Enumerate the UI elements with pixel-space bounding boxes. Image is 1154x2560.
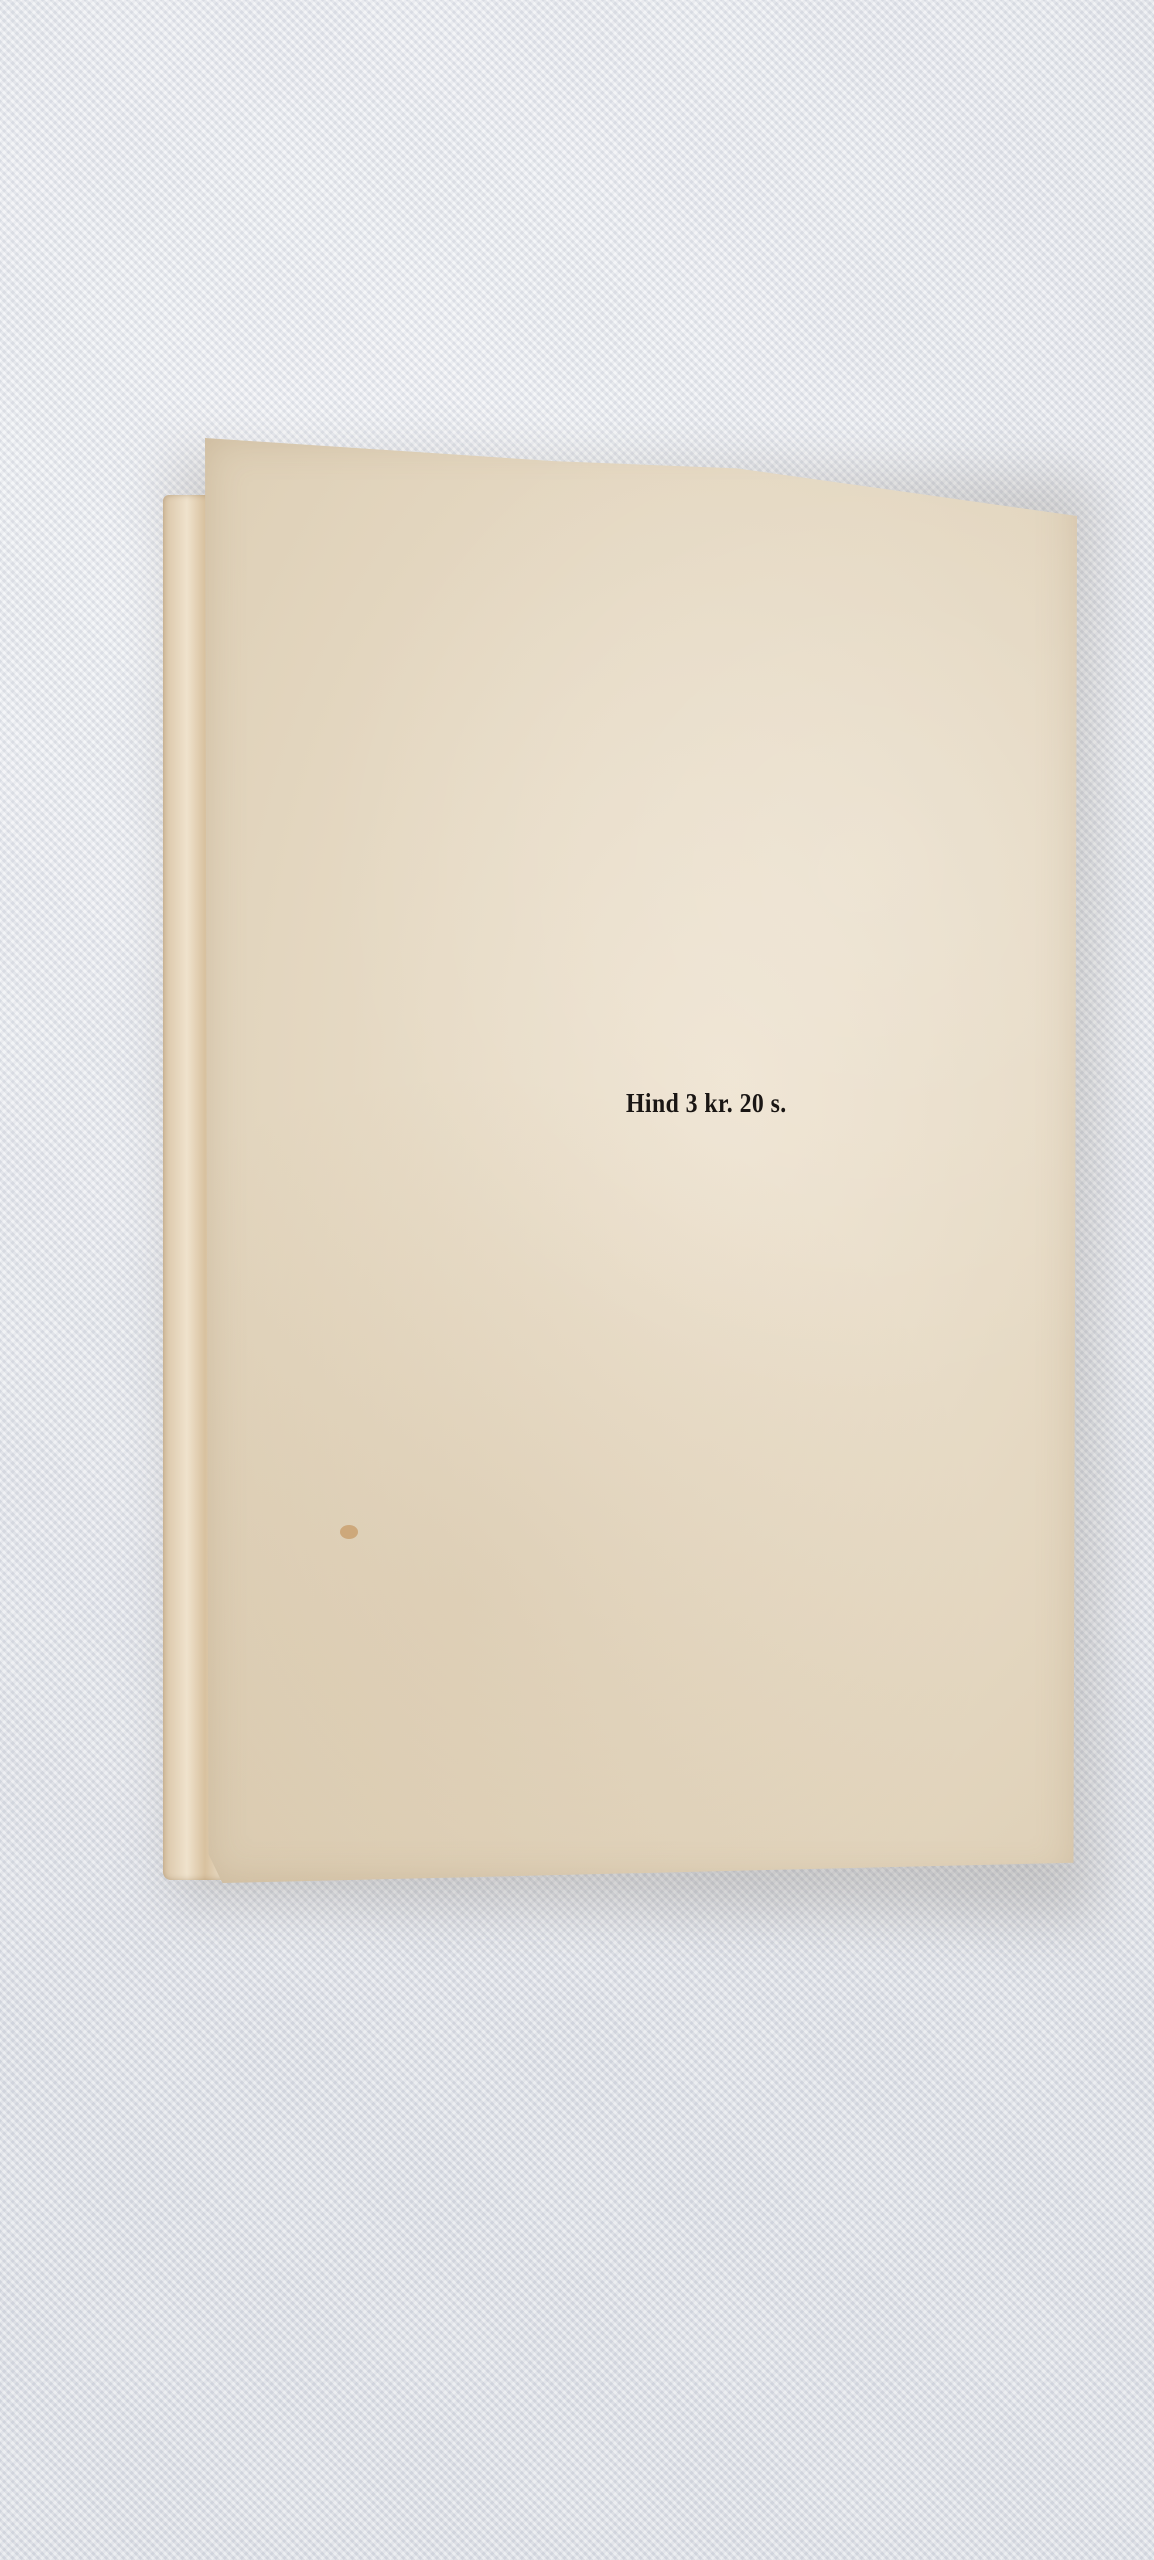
price-label: Hind 3 kr. 20 s. — [626, 1088, 787, 1119]
book-back-cover — [205, 438, 1077, 1883]
cover-stain — [340, 1525, 358, 1539]
